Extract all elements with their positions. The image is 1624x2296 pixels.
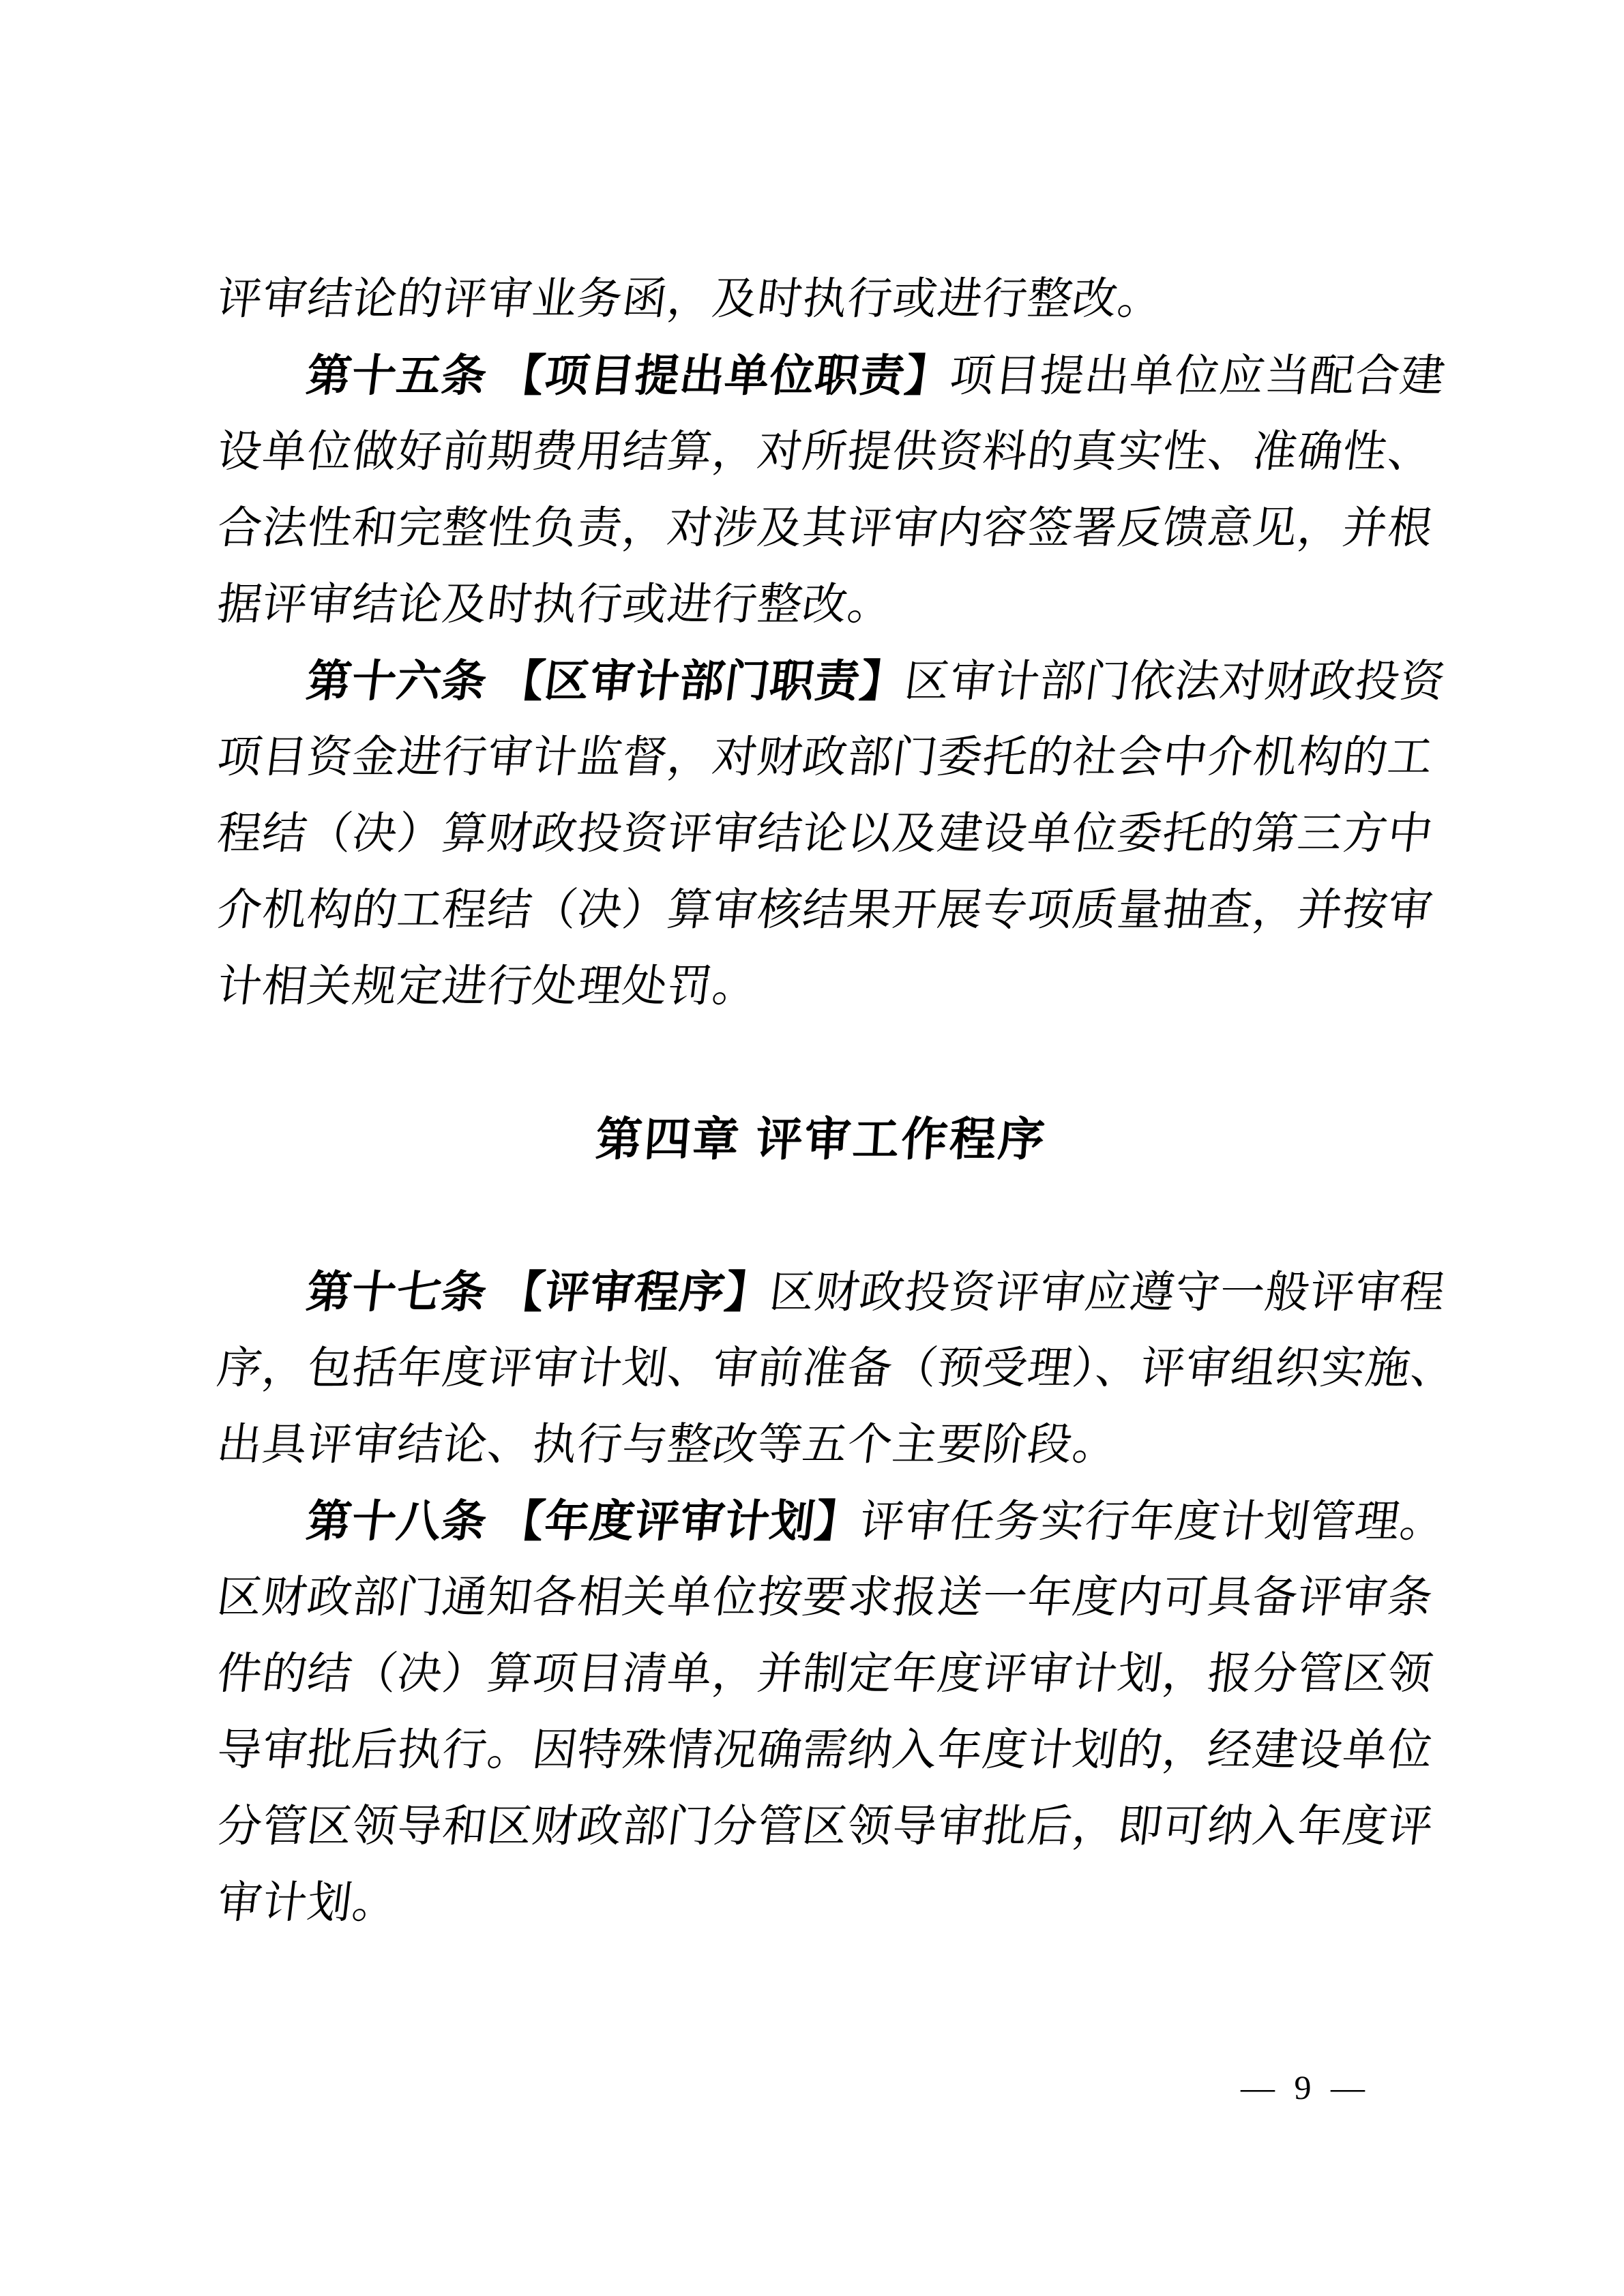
text-run: 合法性和完整性负责，对涉及其评审内容签署反馈意见，并根 — [214, 504, 1436, 553]
text-run: 区财政投资评审应遵守一般评审程 — [767, 1268, 1448, 1317]
article-label: 第四章 评审工作程序 — [594, 1114, 1048, 1165]
text-run: 程结（决）算财政投资评审结论以及建设单位委托的第三方中 — [214, 809, 1436, 859]
text-run: 件的结（决）算项目清单，并制定年度评审计划，报分管区领 — [214, 1650, 1436, 1699]
text-line: 评审结论的评审业务函，及时执行或进行整改。 — [213, 261, 1434, 338]
text-line: 计相关规定进行处理处罚。 — [213, 949, 1434, 1025]
blank-line — [213, 1178, 1434, 1254]
text-run: 导审批后执行。因特殊情况确需纳入年度计划的，经建设单位 — [214, 1726, 1436, 1775]
article-label: 第十五条 【项目提出单位职责】 — [304, 351, 953, 400]
text-run: 据评审结论及时执行或进行整改。 — [214, 580, 896, 629]
text-line: 出具评审结论、执行与整改等五个主要阶段。 — [213, 1407, 1434, 1483]
document-page: 评审结论的评审业务函，及时执行或进行整改。第十五条 【项目提出单位职责】项目提出… — [0, 0, 1624, 2296]
text-line: 第十七条 【评审程序】区财政投资评审应遵守一般评审程 — [213, 1254, 1434, 1330]
text-run: 评审任务实行年度计划管理。 — [857, 1497, 1448, 1547]
text-run: 项目提出单位应当配合建 — [947, 352, 1448, 401]
text-run: 设单位做好前期费用结算，对所提供资料的真实性、准确性、 — [214, 428, 1436, 477]
text-line: 分管区领导和区财政部门分管区领导审批后，即可纳入年度评 — [213, 1789, 1434, 1865]
text-line: 设单位做好前期费用结算，对所提供资料的真实性、准确性、 — [213, 414, 1434, 490]
text-run: 计相关规定进行处理处罚。 — [214, 962, 761, 1011]
text-run: 审计划。 — [214, 1879, 400, 1928]
text-line: 件的结（决）算项目清单，并制定年度评审计划，报分管区领 — [213, 1636, 1434, 1712]
text-line: 区财政部门通知各相关单位按要求报送一年度内可具备评审条 — [213, 1560, 1434, 1636]
text-line: 导审批后执行。因特殊情况确需纳入年度计划的，经建设单位 — [213, 1712, 1434, 1789]
text-run: 区审计部门依法对财政投资 — [902, 657, 1448, 706]
blank-line — [213, 1025, 1434, 1101]
text-run: 分管区领导和区财政部门分管区领导审批后，即可纳入年度评 — [214, 1802, 1436, 1851]
text-line: 第十五条 【项目提出单位职责】项目提出单位应当配合建 — [213, 338, 1434, 414]
text-line: 据评审结论及时执行或进行整改。 — [213, 567, 1434, 643]
article-label: 第十七条 【评审程序】 — [304, 1267, 773, 1317]
text-line: 项目资金进行审计监督，对财政部门委托的社会中介机构的工 — [213, 719, 1434, 796]
document-body: 评审结论的评审业务函，及时执行或进行整改。第十五条 【项目提出单位职责】项目提出… — [213, 261, 1424, 1941]
text-run: 项目资金进行审计监督，对财政部门委托的社会中介机构的工 — [214, 733, 1436, 782]
chapter-heading: 第四章 评审工作程序 — [213, 1101, 1430, 1178]
text-run: 评审结论的评审业务函，及时执行或进行整改。 — [214, 275, 1166, 324]
text-run: 介机构的工程结（决）算审核结果开展专项质量抽查，并按审 — [214, 886, 1436, 935]
text-line: 介机构的工程结（决）算审核结果开展专项质量抽查，并按审 — [213, 872, 1434, 949]
text-line: 第十六条 【区审计部门职责】区审计部门依法对财政投资 — [213, 643, 1434, 719]
text-line: 程结（决）算财政投资评审结论以及建设单位委托的第三方中 — [213, 796, 1434, 872]
text-line: 第十八条 【年度评审计划】评审任务实行年度计划管理。 — [213, 1483, 1434, 1560]
page-number: — 9 — — [1241, 2068, 1370, 2107]
text-run: 出具评审结论、执行与整改等五个主要阶段。 — [214, 1420, 1121, 1470]
text-line: 序，包括年度评审计划、审前准备（预受理）、评审组织实施、 — [213, 1330, 1434, 1407]
text-line: 审计划。 — [213, 1865, 1434, 1941]
text-run: 区财政部门通知各相关单位按要求报送一年度内可具备评审条 — [214, 1573, 1436, 1622]
text-run: 序，包括年度评审计划、审前准备（预受理）、评审组织实施、 — [214, 1344, 1458, 1393]
text-line: 合法性和完整性负责，对涉及其评审内容签署反馈意见，并根 — [213, 490, 1434, 567]
article-label: 第十八条 【年度评审计划】 — [304, 1496, 863, 1546]
article-label: 第十六条 【区审计部门职责】 — [304, 656, 908, 706]
